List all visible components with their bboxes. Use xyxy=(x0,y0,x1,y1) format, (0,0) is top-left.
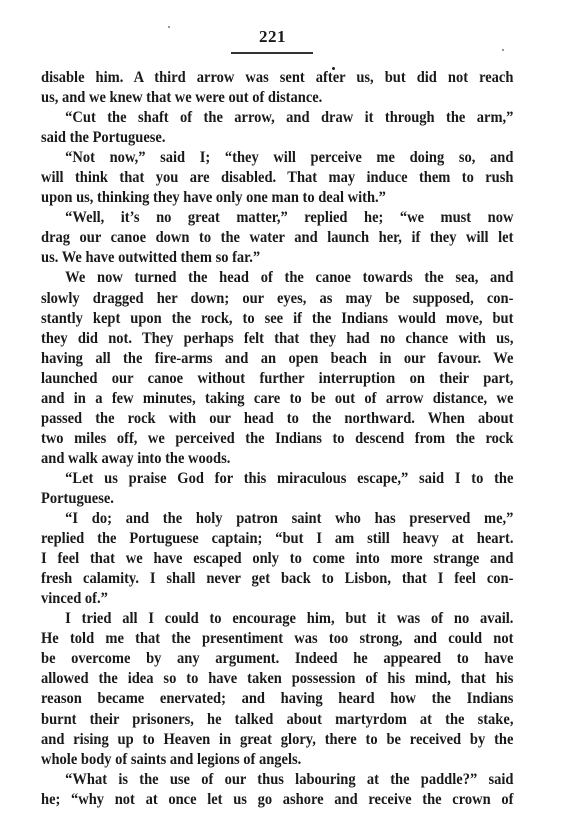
text-line: be overcome by any argument. Indeed he a… xyxy=(41,649,513,669)
text-line: I feel that we have escaped only to come… xyxy=(41,549,513,569)
text-line: passed the rock with our head to the nor… xyxy=(41,409,513,429)
text-line: and rising up to Heaven in great glory, … xyxy=(41,730,513,750)
text-line: We now turned the head of the canoe towa… xyxy=(41,268,513,288)
text-line: “What is the use of our thus labouring a… xyxy=(41,770,513,790)
text-line: launched our canoe without further inter… xyxy=(41,369,513,389)
scan-speck xyxy=(502,49,504,51)
header-rule xyxy=(231,52,313,54)
text-line: disable him. A third arrow was sent afte… xyxy=(41,68,513,88)
text-line: will think that you are disabled. That m… xyxy=(41,168,513,188)
text-line: two miles off, we perceived the Indians … xyxy=(41,429,513,449)
text-line: Portuguese. xyxy=(41,489,513,509)
text-line: “Well, it’s no great matter,” replied he… xyxy=(41,208,513,228)
text-line: “I do; and the holy patron saint who has… xyxy=(41,509,513,529)
page-number: 221 xyxy=(0,27,545,47)
text-line: us. We have outwitted them so far.” xyxy=(41,248,513,268)
text-line: reason became enervated; and having hear… xyxy=(41,689,513,709)
scan-speck xyxy=(332,67,335,70)
text-line: upon us, thinking they have only one man… xyxy=(41,188,513,208)
text-line: fresh calamity. I shall never get back t… xyxy=(41,569,513,589)
text-line: drag our canoe down to the water and lau… xyxy=(41,228,513,248)
body-text: disable him. A third arrow was sent afte… xyxy=(41,68,481,810)
text-line: stantly kept upon the rock, to see if th… xyxy=(41,309,513,329)
text-line: slowly dragged her down; our eyes, as ma… xyxy=(41,289,513,309)
text-line: us, and we knew that we were out of dist… xyxy=(41,88,513,108)
text-line: burnt their prisoners, he talked about m… xyxy=(41,710,513,730)
text-line: “Not now,” said I; “they will perceive m… xyxy=(41,148,513,168)
text-line: He told me that the presentiment was too… xyxy=(41,629,513,649)
scan-speck xyxy=(168,26,170,28)
text-line: allowed the idea so to have taken posses… xyxy=(41,669,513,689)
text-line: “Let us praise God for this miraculous e… xyxy=(41,469,513,489)
text-line: replied the Portuguese captain; “but I a… xyxy=(41,529,513,549)
text-line: said the Portuguese. xyxy=(41,128,513,148)
text-line: whole body of saints and legions of ange… xyxy=(41,750,513,770)
text-line: and walk away into the woods. xyxy=(41,449,513,469)
text-line: having all the fire-arms and an open bea… xyxy=(41,349,513,369)
text-line: vinced of.” xyxy=(41,589,513,609)
text-line: he; “why not at once let us go ashore an… xyxy=(41,790,513,810)
text-line: I tried all I could to encourage him, bu… xyxy=(41,609,513,629)
text-line: they did not. They perhaps felt that the… xyxy=(41,329,513,349)
text-line: “Cut the shaft of the arrow, and draw it… xyxy=(41,108,513,128)
text-line: and in a few minutes, taking care to be … xyxy=(41,389,513,409)
